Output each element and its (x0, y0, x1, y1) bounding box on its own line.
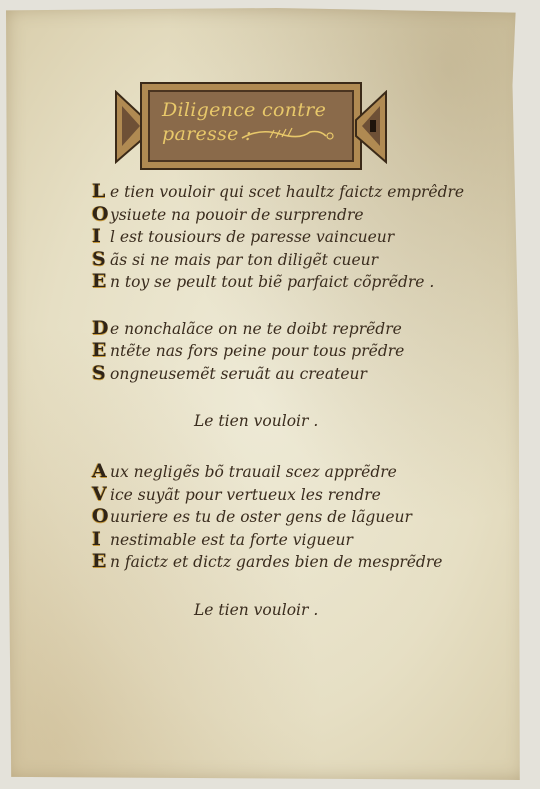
gilded-initial: I (92, 528, 110, 551)
gilded-initial: E (92, 339, 110, 362)
verse-line: Songneusemẽt seruãt au createur (92, 362, 512, 385)
verse-line: Sãs si ne mais par ton diligẽt cueur (92, 248, 512, 271)
poem-text: Le tien vouloir qui scet haultz faictz e… (92, 180, 512, 625)
gilded-initial: S (92, 248, 110, 271)
gilded-initial: D (92, 317, 110, 340)
verse-text: ice suyãt pour vertueux les rendre (110, 486, 381, 504)
gilded-initial: E (92, 270, 110, 293)
verse-line: Il est tousiours de paresse vaincueur (92, 225, 512, 248)
gilded-initial: E (92, 550, 110, 573)
cartouche-right-wing-ornament (354, 90, 388, 164)
gilded-initial: V (92, 483, 110, 506)
verse-text: l est tousiours de paresse vaincueur (110, 228, 394, 246)
verse-line: Ouuriere es tu de oster gens de lãgueur (92, 505, 512, 528)
verse-line: Inestimable est ta forte vigueur (92, 528, 512, 551)
cartouche-panel: Diligence contre paresse : (142, 84, 360, 168)
verse-line: De nonchalãce on ne te doibt reprẽdre (92, 317, 512, 340)
verse-text: n toy se peult tout biẽ parfaict cõprẽdr… (110, 273, 434, 291)
gilded-initial: A (92, 460, 110, 483)
stanza-2: De nonchalãce on ne te doibt reprẽdre En… (92, 317, 512, 437)
refrain: Le tien vouloir . (92, 406, 512, 436)
verse-text: ysiuete na pouoir de surprendre (110, 206, 364, 224)
title-cartouche: Diligence contre paresse : (114, 84, 388, 170)
verse-line: Entẽte nas fors peine pour tous prẽdre (92, 339, 512, 362)
title-line-1: Diligence contre (162, 98, 326, 122)
verse-line: Le tien vouloir qui scet haultz faictz e… (92, 180, 512, 203)
verse-line: Oysiuete na pouoir de surprendre (92, 203, 512, 226)
verse-text: ntẽte nas fors peine pour tous prẽdre (110, 342, 404, 360)
verse-text: nestimable est ta forte vigueur (110, 531, 353, 549)
verse-text: e tien vouloir qui scet haultz faictz em… (110, 183, 464, 201)
gilded-initial: L (92, 180, 110, 203)
verse-line: Vice suyãt pour vertueux les rendre (92, 483, 512, 506)
verse-line: En faictz et dictz gardes bien de mesprẽ… (92, 550, 512, 573)
gilded-initial: O (92, 505, 110, 528)
gilded-initial: O (92, 203, 110, 226)
verse-text: uuriere es tu de oster gens de lãgueur (110, 508, 412, 526)
gold-flourish-ornament (240, 124, 340, 144)
gilded-initial: S (92, 362, 110, 385)
verse-text: n faictz et dictz gardes bien de mesprẽd… (110, 553, 442, 571)
gilded-initial: I (92, 225, 110, 248)
manuscript-page: Diligence contre paresse : Le tien voulo… (6, 8, 526, 780)
verse-text: ongneusemẽt seruãt au createur (110, 365, 367, 383)
show-through-text (116, 38, 200, 58)
verse-line: En toy se peult tout biẽ parfaict cõprẽd… (92, 270, 512, 293)
verse-line: Aux negligẽs bõ trauail scez apprẽdre (92, 460, 512, 483)
verse-text: ux negligẽs bõ trauail scez apprẽdre (110, 463, 397, 481)
verse-text: e nonchalãce on ne te doibt reprẽdre (110, 320, 402, 338)
verse-text: ãs si ne mais par ton diligẽt cueur (110, 251, 378, 269)
refrain: Le tien vouloir . (92, 595, 512, 625)
stanza-3: Aux negligẽs bõ trauail scez apprẽdre Vi… (92, 460, 512, 625)
stanza-1: Le tien vouloir qui scet haultz faictz e… (92, 180, 512, 293)
